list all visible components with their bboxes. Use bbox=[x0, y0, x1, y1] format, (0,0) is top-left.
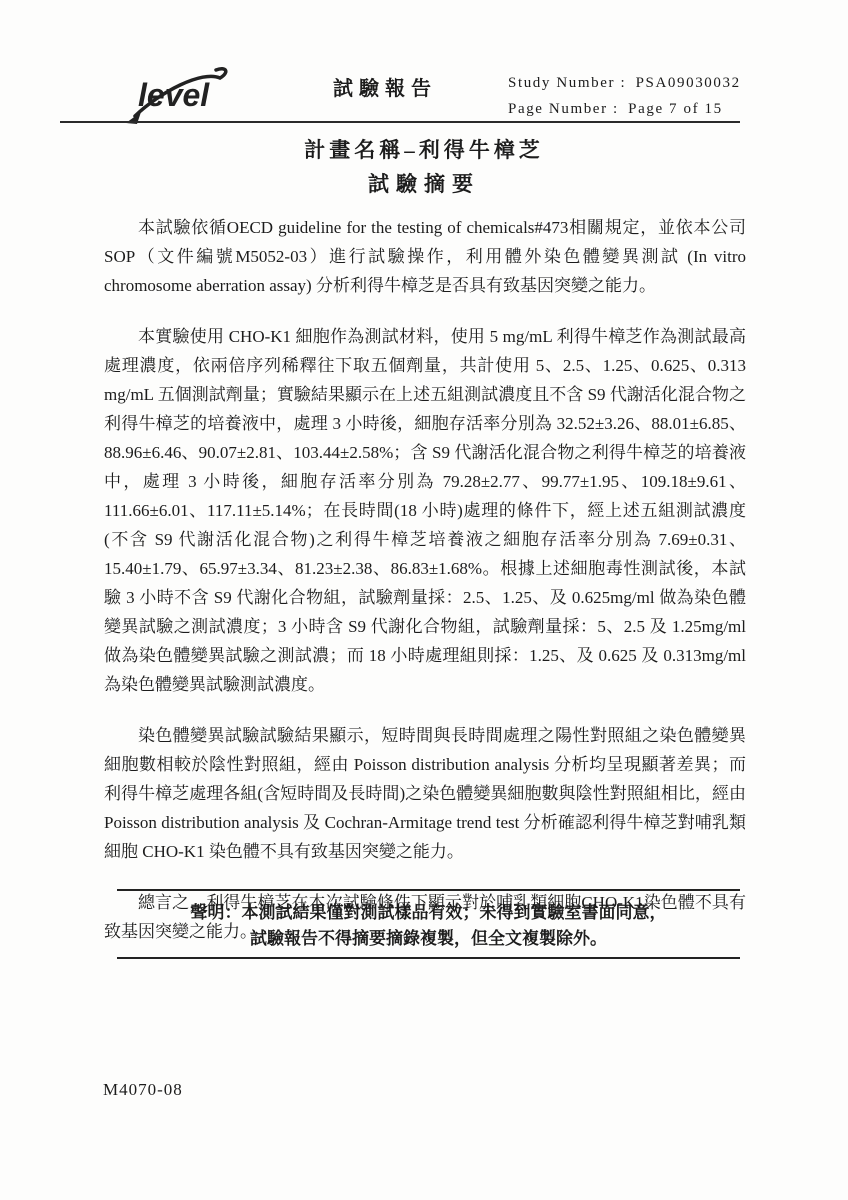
declaration-line-1: 聲明：本測試結果僅對測試樣品有效；未得到實驗室書面同意， bbox=[117, 900, 740, 926]
header-divider bbox=[60, 121, 740, 123]
page-number-value: Page 7 of 15 bbox=[628, 101, 723, 117]
report-type-title: 試驗報告 bbox=[290, 72, 480, 101]
report-page: level 試驗報告 Study Number : PSA09030032 Pa… bbox=[0, 0, 848, 1200]
declaration-line-2: 試驗報告不得摘要摘錄複製，但全文複製除外。 bbox=[117, 926, 740, 952]
page-footer: M4070-08 bbox=[103, 1080, 183, 1100]
document-code: M4070-08 bbox=[103, 1080, 183, 1099]
study-number-row: Study Number : PSA09030032 bbox=[508, 70, 741, 96]
study-number-label: Study Number : bbox=[508, 75, 626, 91]
level-logo: level bbox=[108, 62, 242, 126]
study-number-value: PSA09030032 bbox=[636, 75, 741, 91]
paragraph-cytotoxicity-results: 本實驗使用 CHO-K1 細胞作為測試材料，使用 5 mg/mL 利得牛樟芝作為… bbox=[104, 322, 746, 699]
page-number-row: Page Number : Page 7 of 15 bbox=[508, 96, 741, 122]
paragraph-test-guideline: 本試驗依循OECD guideline for the testing of c… bbox=[104, 213, 746, 300]
header-meta: Study Number : PSA09030032 Page Number :… bbox=[508, 70, 741, 122]
level-logo-graphic: level bbox=[108, 62, 242, 126]
page-number-label: Page Number : bbox=[508, 101, 619, 117]
paragraph-aberration-results: 染色體變異試驗試驗結果顯示，短時間與長時間處理之陽性對照組之染色體變異細胞數相較… bbox=[104, 721, 746, 866]
logo-text: level bbox=[138, 77, 210, 113]
project-title: 計畫名稱–利得牛樟芝 bbox=[0, 134, 848, 164]
summary-title: 試驗摘要 bbox=[0, 168, 848, 198]
declaration-box: 聲明：本測試結果僅對測試樣品有效；未得到實驗室書面同意， 試驗報告不得摘要摘錄複… bbox=[117, 889, 740, 959]
summary-body: 本試驗依循OECD guideline for the testing of c… bbox=[104, 213, 746, 968]
